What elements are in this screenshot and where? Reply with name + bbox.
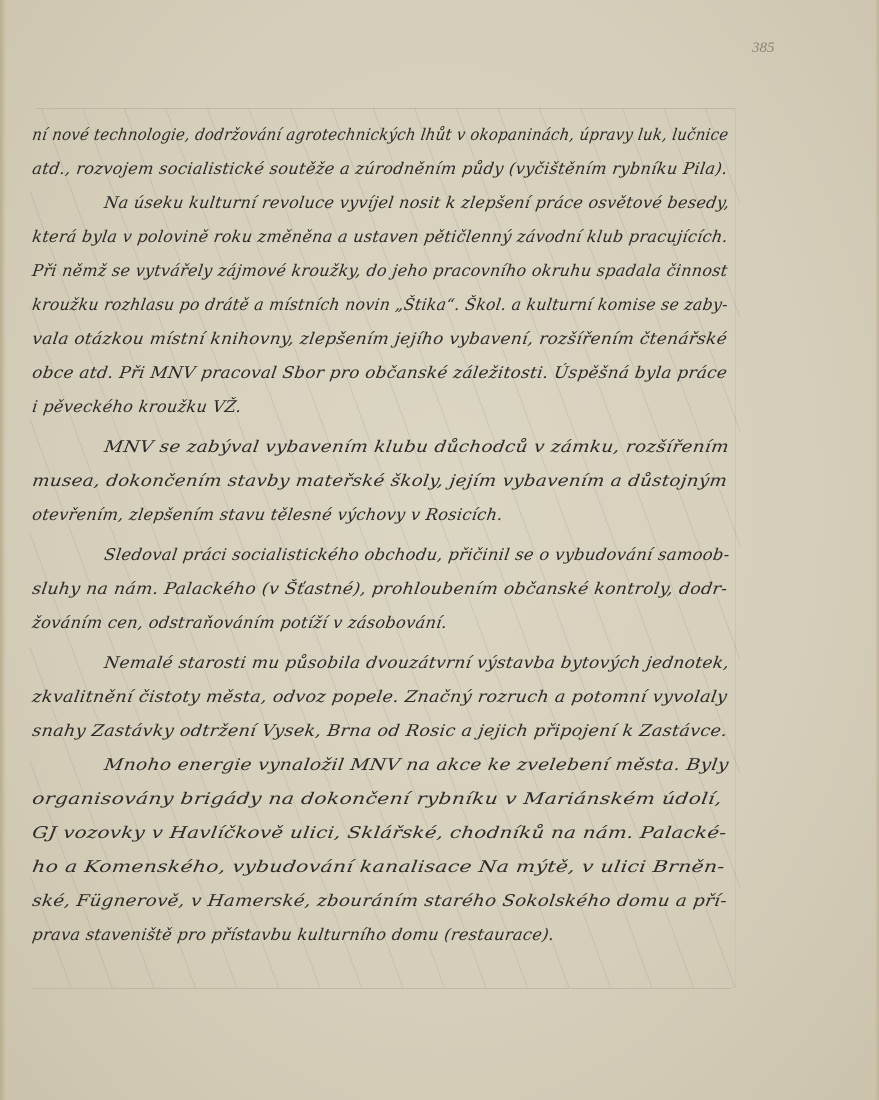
text-line: zkvalitnění čistoty města, odvoz popele.… [30, 680, 745, 714]
manuscript-page: 385 ní nové technologie, dodržování agro… [0, 0, 879, 1100]
text-line: obce atd. Při MNV pracoval Sbor pro obča… [30, 356, 745, 390]
text-line: Mnoho energie vynaložil MNV na akce ke z… [30, 748, 745, 782]
text-line: GJ vozovky v Havlíčkově ulici, Sklářské,… [30, 816, 745, 850]
text-line: vala otázkou místní knihovny, zlepšením … [30, 322, 745, 356]
text-line: prava staveniště pro přístavbu kulturníh… [30, 918, 745, 952]
text-line: i pěveckého kroužku VŽ. [30, 390, 745, 424]
text-line: sluhy na nám. Palackého (v Šťastné), pro… [30, 572, 745, 606]
text-line: snahy Zastávky odtržení Vysek, Brna od R… [30, 714, 745, 748]
page-edge-right [875, 0, 879, 1100]
text-line: Sledoval práci socialistického obchodu, … [30, 538, 745, 572]
handwritten-text-block: ní nové technologie, dodržování agrotech… [30, 118, 740, 952]
text-line: kroužku rozhlasu po drátě a místních nov… [30, 288, 745, 322]
text-line: ho a Komenského, vybudování kanalisace N… [30, 850, 745, 884]
ruled-margin-top [36, 108, 736, 109]
page-edge-left [0, 0, 6, 1100]
text-line: žováním cen, odstraňováním potíží v záso… [30, 606, 745, 640]
text-line: otevřením, zlepšením stavu tělesné výcho… [30, 498, 745, 532]
page-number: 385 [752, 40, 775, 57]
text-line: Nemalé starosti mu působila dvouzátvrní … [30, 646, 745, 680]
text-line: která byla v polovině roku změněna a ust… [30, 220, 745, 254]
text-line: ské, Fügnerově, v Hamerské, zbouráním st… [30, 884, 745, 918]
text-line: musea, dokončením stavby mateřské školy,… [30, 464, 745, 498]
text-line: MNV se zabýval vybavením klubu důchodců … [30, 430, 745, 464]
text-line: organisovány brigády na dokončení rybník… [30, 782, 745, 816]
text-line: Při němž se vytvářely zájmové kroužky, d… [30, 254, 745, 288]
text-line: Na úseku kulturní revoluce vyvíjel nosit… [30, 186, 745, 220]
text-line: ní nové technologie, dodržování agrotech… [30, 118, 745, 152]
text-line: atd., rozvojem socialistické soutěže a z… [30, 152, 745, 186]
ruled-margin-bottom [32, 988, 732, 989]
